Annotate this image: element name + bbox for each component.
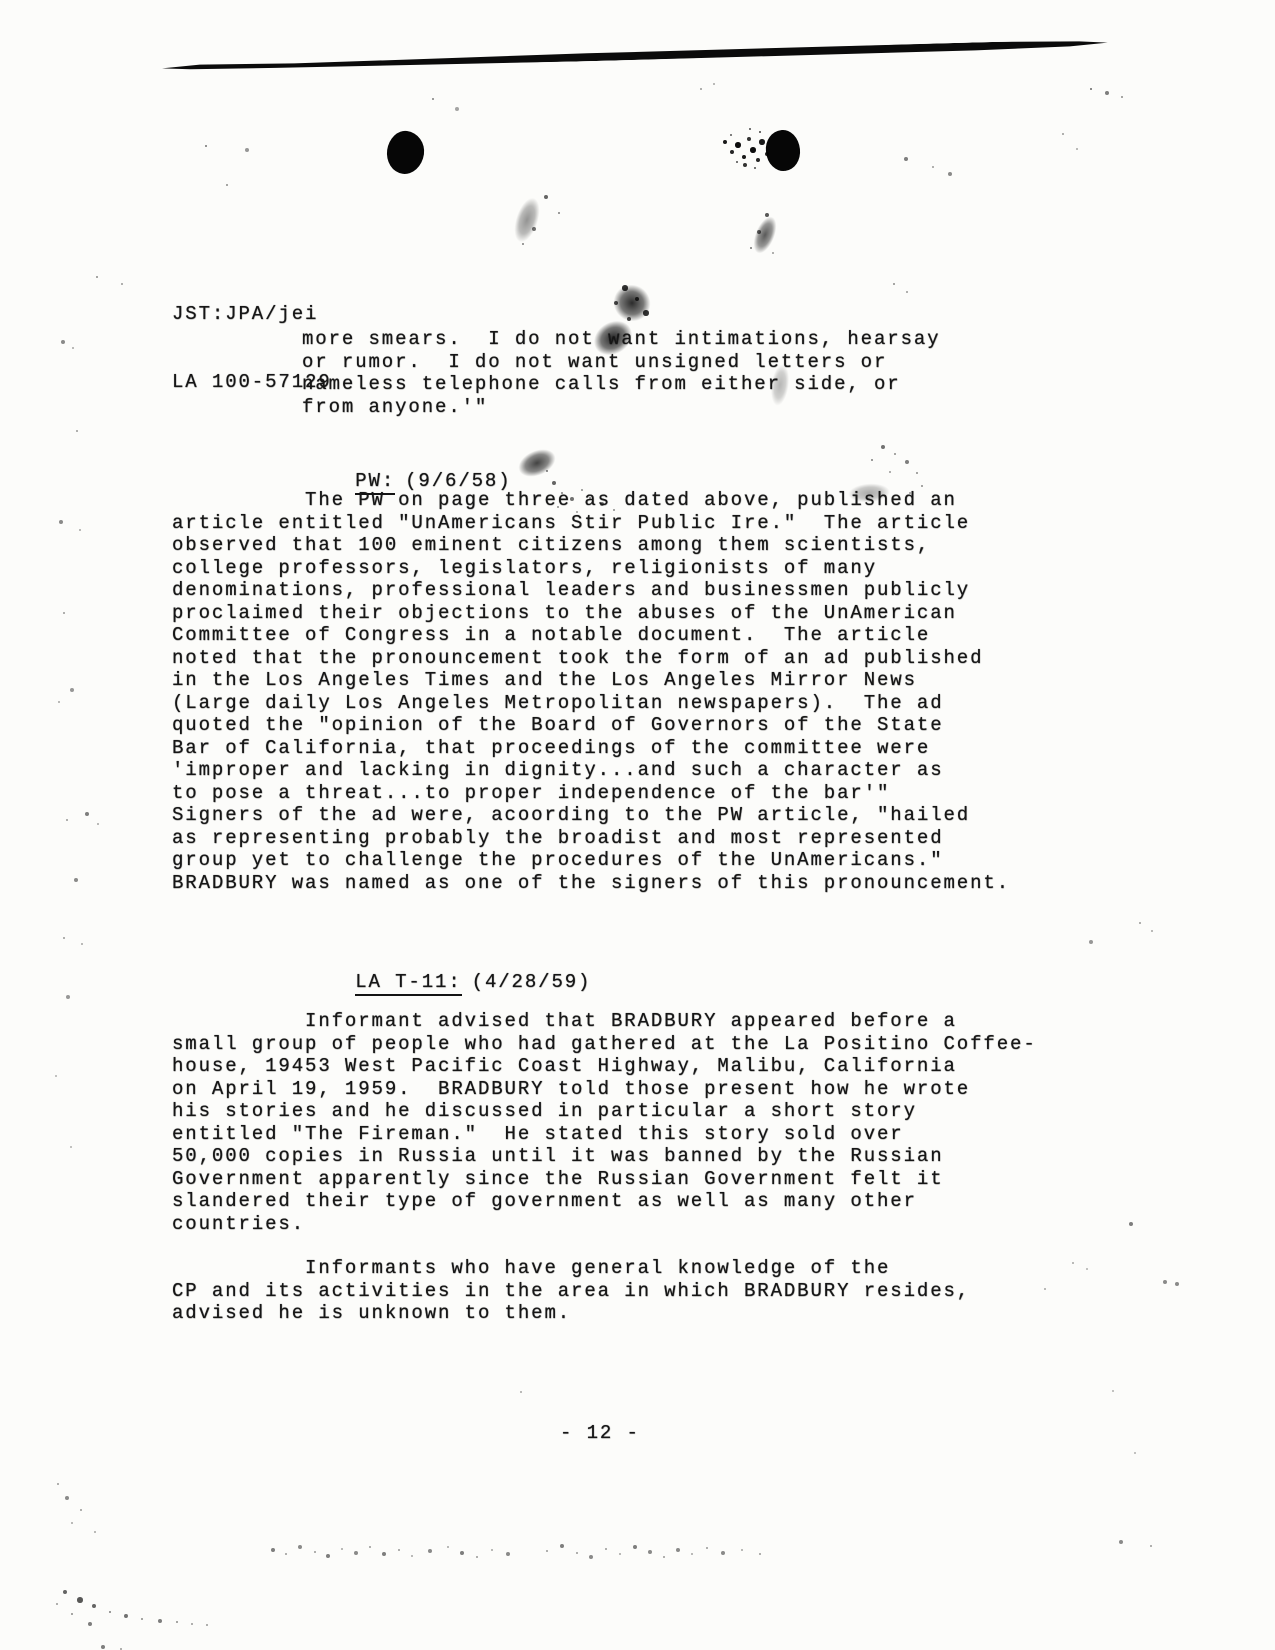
section-heading-la-t11-label: LA T-11:	[355, 971, 461, 996]
page-number: - 12 -	[560, 1422, 640, 1445]
scanned-document-page: JST:JPA/jei LA 100-57129 more smears. I …	[0, 0, 1275, 1650]
section-heading-la-t11-date: (4/28/59)	[472, 971, 592, 993]
ink-smudge	[505, 436, 568, 489]
paragraph-pw-article: The PW on page three as dated above, pub…	[172, 489, 1010, 894]
scan-edge-line	[162, 39, 1108, 72]
paragraph-informants-cp: Informants who have general knowledge of…	[172, 1257, 970, 1325]
section-heading-la-t11: LA T-11:(4/28/59)	[302, 948, 591, 1016]
paragraph-informant: Informant advised that BRADBURY appeared…	[172, 1010, 1037, 1235]
quotation-block: more smears. I do not want intimations, …	[302, 328, 941, 418]
speckle-cluster-bottom-left	[0, 0, 2, 2]
typist-initials: JST:JPA/jei	[172, 303, 332, 326]
ink-blot-right	[764, 128, 802, 172]
ink-smudge	[503, 185, 551, 255]
ink-smudge	[743, 205, 787, 265]
ink-blot-left	[384, 129, 427, 177]
